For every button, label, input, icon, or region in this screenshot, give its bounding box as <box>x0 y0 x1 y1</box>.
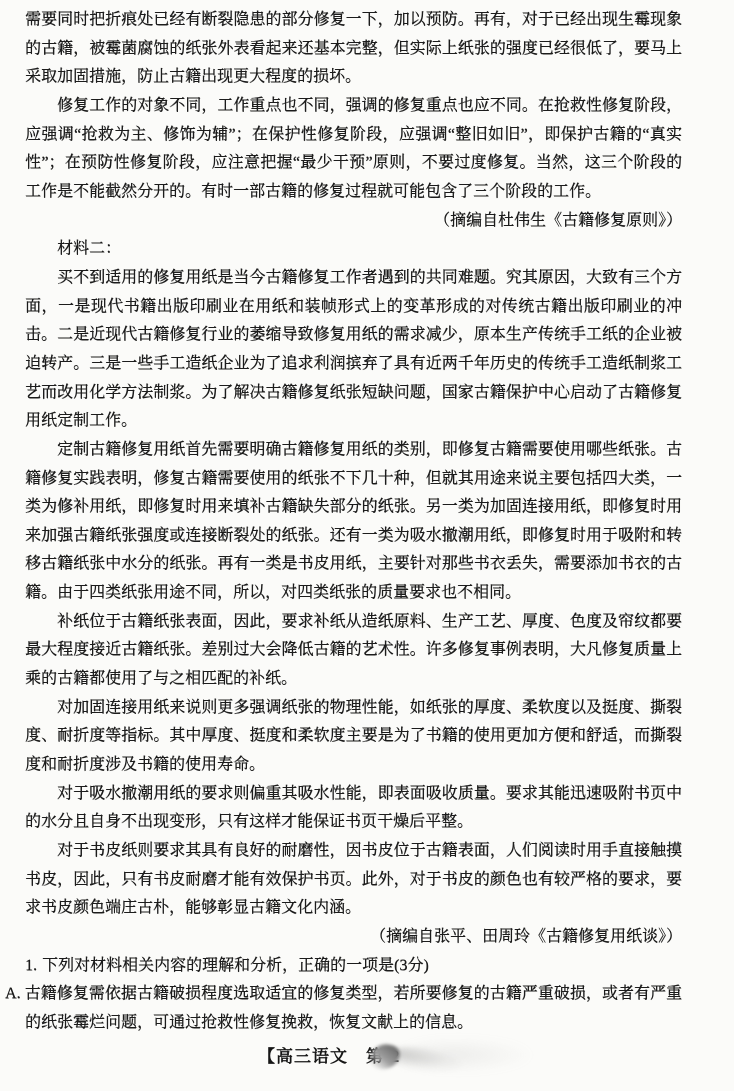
material2-paragraph-2: 定制古籍修复用纸首先需要明确古籍修复用纸的类别，即修复古籍需要使用哪些纸张。古籍… <box>25 436 682 608</box>
material1-paragraph-continuation: 需要同时把折痕处已经有断裂隐患的部分修复一下，加以预防。再有，对于已经出现生霉现… <box>25 6 682 92</box>
question-1: 1.下列对材料相关内容的理解和分析，正确的一项是(3分) <box>25 952 682 981</box>
material1-paragraph-stages: 修复工作的对象不同，工作重点也不同，强调的修复重点也应不同。在抢救性修复阶段，应… <box>25 92 682 207</box>
material2-paragraph-3: 补纸位于古籍纸张表面，因此，要求补纸从造纸原料、生产工艺、厚度、色度及帘纹都要最… <box>25 608 682 694</box>
material1-citation: （摘编自杜伟生《古籍修复原则》） <box>25 207 682 236</box>
material2-heading: 材料二： <box>25 235 682 264</box>
material2-paragraph-5: 对于吸水撤潮用纸的要求则偏重其吸水性能，即表面吸收质量。要求其能迅速吸附书页中的… <box>25 780 682 837</box>
question-1-number: 1. <box>25 957 37 974</box>
question-1-stem: 下列对材料相关内容的理解和分析，正确的一项是(3分) <box>42 957 429 974</box>
option-a-text: 古籍修复需依据古籍破损程度选取适宜的修复类型，若所要修复的古籍严重破损，或者有严… <box>25 985 682 1031</box>
text-column: 需要同时把折痕处已经有断裂隐患的部分修复一下，加以预防。再有，对于已经出现生霉现… <box>25 6 682 1038</box>
material2-citation: （摘编自张平、田周玲《古籍修复用纸谈》） <box>25 923 682 952</box>
option-a-label: A. <box>5 985 21 1002</box>
material2-paragraph-6: 对于书皮纸则要求其具有良好的耐磨性，因书皮位于古籍表面，人们阅读时用手直接触摸书… <box>25 837 682 923</box>
material2-paragraph-4: 对加固连接用纸来说则更多强调纸张的物理性能，如纸张的厚度、柔软度以及挺度、撕裂度… <box>25 694 682 780</box>
exam-page: 需要同时把折痕处已经有断裂隐患的部分修复一下，加以预防。再有，对于已经出现生霉现… <box>0 0 734 1091</box>
material2-paragraph-1: 买不到适用的修复用纸是当今古籍修复工作者遇到的共同难题。究其原因，大致有三个方面… <box>25 264 682 436</box>
question-1-option-a: A.古籍修复需依据古籍破损程度选取适宜的修复类型，若所要修复的古籍严重破损，或者… <box>25 980 682 1037</box>
